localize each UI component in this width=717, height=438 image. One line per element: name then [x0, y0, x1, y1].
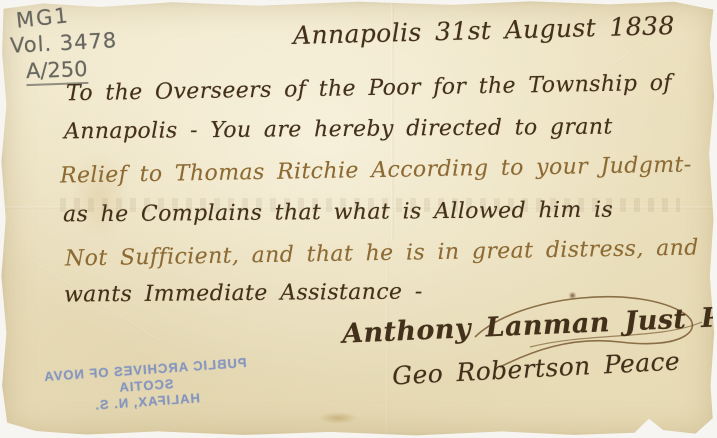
bottom-stain [318, 412, 358, 424]
signature-justice-1: Anthony Lanman Just Peace [342, 299, 717, 350]
body-line: wants Immediate Assistance - [64, 279, 423, 307]
archive-note-volume: Vol. 3478 [9, 28, 117, 58]
ink-spot-stain [568, 292, 577, 299]
body-line: Not Sufficient, and that he is in great … [65, 235, 699, 271]
signature-justice-2: Geo Robertson Peace [391, 346, 680, 390]
body-line: Relief to Thomas Ritchie According to yo… [60, 152, 692, 188]
archives-stamp: PUBLIC ARCHIVES OF NOVA SCOTIA HALIFAX, … [15, 353, 278, 419]
scan-background: { "document": { "archive_notes": ["MG1",… [0, 0, 717, 438]
body-line: To the Overseers of the Poor for the Tow… [66, 71, 672, 107]
letter-paper: MG1 Vol. 3478 A/250 Annapolis 31st Augus… [0, 0, 717, 438]
archive-note-collection: MG1 [15, 3, 71, 32]
dateline: Annapolis 31st August 1838 [293, 11, 675, 50]
body-line: Annapolis - You are hereby directed to g… [64, 115, 613, 145]
body-line: as he Complains that what is Allowed him… [63, 198, 613, 228]
